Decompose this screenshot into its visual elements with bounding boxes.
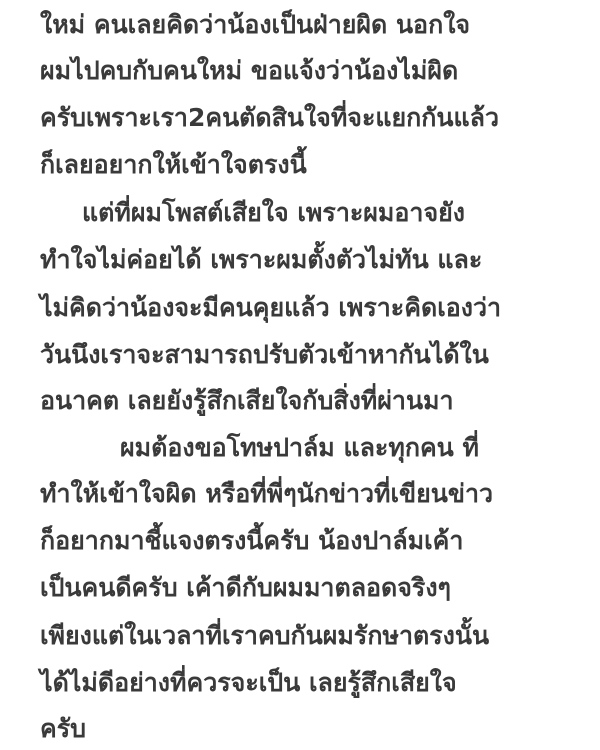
text-line-12: ก็อยากมาชี้แจงตรงนี้ครับ น้องปาล์มเค้า [40, 521, 463, 561]
text-line-5: แต่ที่ผมโพสต์เสียใจ เพราะผมอาจยัง [82, 193, 465, 233]
text-line-2: ผมไปคบกับคนใหม่ ขอแจ้งว่าน้องไม่ผิด [40, 51, 458, 91]
text-line-11: ทำให้เข้าใจผิด หรือที่พี่ๆนักข่าวที่เขีย… [40, 474, 493, 514]
text-line-9: อนาคต เลยยังรู้สึกเสียใจกับสิ่งที่ผ่านมา [40, 381, 454, 421]
text-line-15: ได้ไม่ดีอย่างที่ควรจะเป็น เลยรู้สึกเสียใ… [40, 663, 457, 703]
text-line-14: เพียงแต่ในเวลาที่เราคบกันผมรักษาตรงนั้น [40, 616, 489, 656]
text-line-3: ครับเพราะเรา2คนตัดสินใจที่จะแยกกันแล้ว [40, 98, 499, 138]
text-line-6: ทำใจไม่ค่อยได้ เพราะผมตั้งตัวไม่ทัน และ [40, 240, 482, 280]
text-line-1: ใหม่ คนเลยคิดว่าน้องเป็นฝ่ายผิด นอกใจ [40, 5, 470, 45]
text-line-4: ก็เลยอยากให้เข้าใจตรงนี้ [40, 145, 307, 185]
text-line-13: เป็นคนดีครับ เค้าดีกับผมมาตลอดจริงๆ [40, 568, 451, 608]
text-line-7: ไม่คิดว่าน้องจะมีคนคุยแล้ว เพราะคิดเองว่… [40, 288, 501, 328]
document-page: ใหม่ คนเลยคิดว่าน้องเป็นฝ่ายผิด นอกใจ ผม… [0, 0, 600, 750]
text-line-8: วันนึงเราจะสามารถปรับตัวเข้าหากันได้ใน [40, 335, 489, 375]
text-line-10: ผมต้องขอโทษปาล์ม และทุกคน ที่ [120, 428, 479, 468]
text-line-16: ครับ [40, 709, 86, 749]
